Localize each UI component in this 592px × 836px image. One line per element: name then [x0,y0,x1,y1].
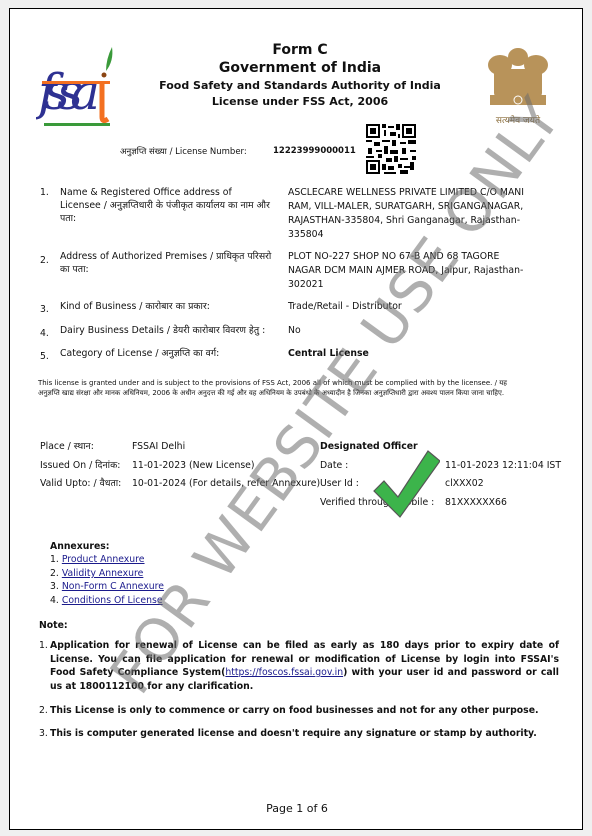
item-2-label: Address of Authorized Premises / प्राधिक… [60,250,275,276]
item-4-number: 4. [40,327,54,340]
issued-label: Issued On / दिनांक: [40,459,120,472]
page-number: Page 1 of 6 [10,802,583,815]
verified-checkmark-icon [370,447,440,519]
authority-title: Food Safety and Standards Authority of I… [150,79,450,92]
act-title: License under FSS Act, 2006 [150,95,450,108]
note-2: 2. This License is only to commence or c… [39,704,559,718]
item-1-value: ASCLECARE WELLNESS PRIVATE LIMITED C/O M… [288,186,528,242]
validity-annexure-link[interactable]: Validity Annexure [62,568,144,579]
officer-date: 11-01-2023 12:11:04 IST [445,459,561,472]
svg-text:fssa: fssa [36,63,100,121]
officer-mobile: 81XXXXXX66 [445,496,507,509]
place-value: FSSAI Delhi [132,440,185,453]
annexure-4: 4. Conditions Of License [50,595,163,606]
annexures-title: Annexures: [50,541,110,552]
officer-user-label: User Id : [320,477,359,490]
officer-date-label: Date : [320,459,348,472]
svg-text:सत्यमेव जयते: सत्यमेव जयते [496,114,541,126]
note-1: 1. Application for renewal of License ca… [39,639,559,693]
item-3-number: 3. [40,303,54,316]
license-number-label: अनुज्ञप्ति संख्या / License Number: [120,146,247,157]
item-4-value: No [288,324,528,337]
foscos-link[interactable]: https://foscos.fssai.gov.in [225,667,343,678]
license-number: 12223999000011 [273,146,356,156]
fssai-logo-icon: fssa [36,39,118,129]
officer-user: clXXX02 [445,477,484,490]
item-1-number: 1. [40,186,54,199]
item-5-label: Category of License / अनुज्ञप्ति का वर्ग… [60,347,275,360]
issued-value: 11-01-2023 (New License) [132,459,255,472]
item-1-label: Name & Registered Office address of Lice… [60,186,275,225]
license-page: fssa Form C Government of India Food Saf… [9,8,583,830]
item-2-number: 2. [40,254,54,267]
government-title: Government of India [150,60,450,76]
valid-label: Valid Upto: / वैधता: [40,477,121,490]
valid-value: 10-01-2024 (For details, refer Annexure) [132,477,320,490]
item-2-value: PLOT NO-227 SHOP NO 67-B AND 68 TAGORE N… [288,250,528,292]
item-5-value: Central License [288,347,528,360]
annexure-2: 2. Validity Annexure [50,568,143,579]
annexure-1: 1. Product Annexure [50,554,145,565]
annexure-3: 3. Non-Form C Annexure [50,581,164,592]
qr-code-icon [366,124,416,174]
item-3-value: Trade/Retail - Distributor [288,300,528,313]
note-title: Note: [39,620,68,631]
national-emblem-icon: सत्यमेव जयते [472,39,564,131]
note-3: 3. This is computer generated license an… [39,727,559,741]
item-5-number: 5. [40,350,54,363]
product-annexure-link[interactable]: Product Annexure [62,554,145,565]
non-form-c-annexure-link[interactable]: Non-Form C Annexure [62,581,164,592]
conditions-of-license-link[interactable]: Conditions Of License [62,595,163,606]
item-3-label: Kind of Business / कारोबार का प्रकार: [60,300,275,313]
form-title: Form C [150,42,450,58]
place-label: Place / स्थान: [40,440,94,453]
grant-statement: This license is granted under and is sub… [38,378,528,398]
item-4-label: Dairy Business Details / डेयरी कारोबार व… [60,324,275,337]
